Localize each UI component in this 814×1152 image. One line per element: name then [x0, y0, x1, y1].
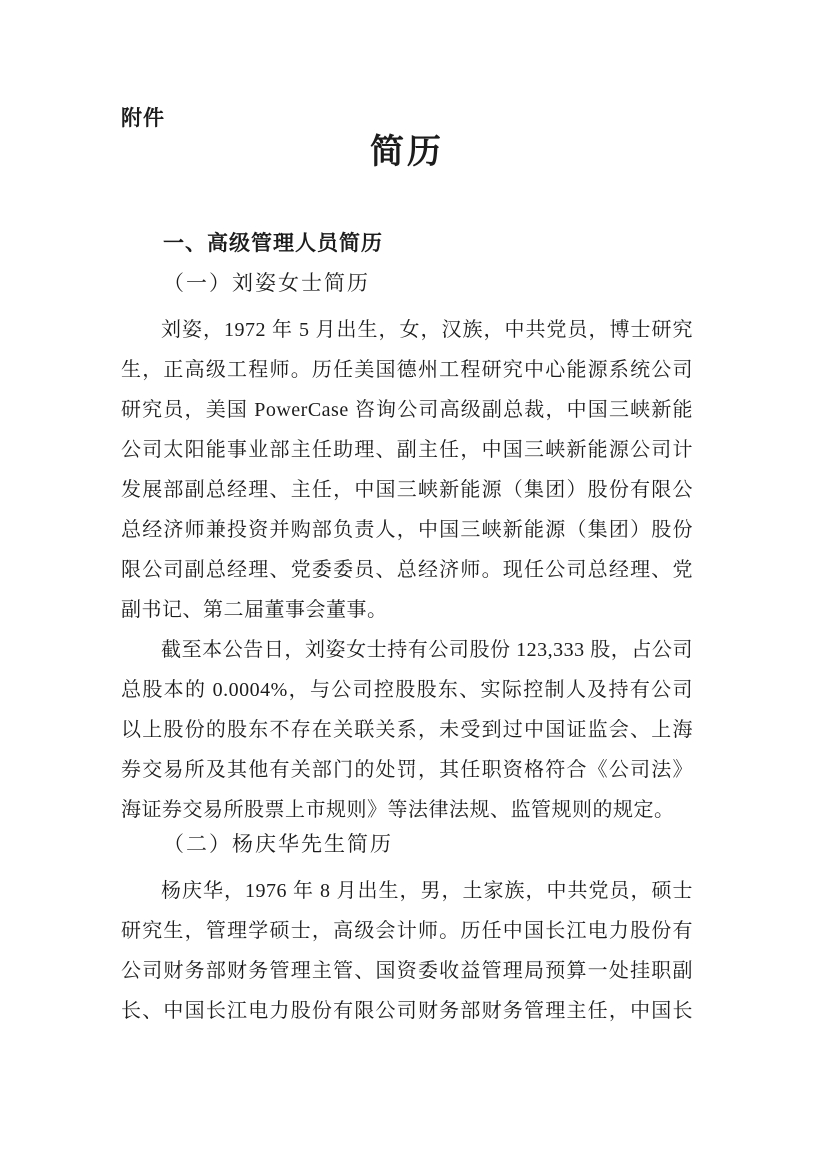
paragraph-line: 研究生，管理学硕士，高级会计师。历任中国长江电力股份有限	[121, 911, 693, 951]
paragraph-line: 以上股份的股东不存在关联关系，未受到过中国证监会、上海证	[121, 710, 693, 750]
paragraph-line: 长、中国长江电力股份有限公司财务部财务管理主任，中国长江	[121, 991, 693, 1031]
paragraph-line: 公司财务部财务管理主管、国资委收益管理局预算一处挂职副处	[121, 951, 693, 991]
paragraph-line: 总股本的 0.0004%，与公司控股股东、实际控制人及持有公司 5%	[121, 670, 693, 710]
paragraph-line: 海证券交易所股票上市规则》等法律法规、监管规则的规定。	[121, 790, 693, 830]
paragraph-line: 研究员，美国 PowerCase 咨询公司高级副总裁，中国三峡新能源	[121, 390, 693, 430]
paragraph-line: 公司太阳能事业部主任助理、副主任，中国三峡新能源公司计划	[121, 430, 693, 470]
document-title: 简历	[121, 132, 693, 174]
paragraph-line: 发展部副总经理、主任，中国三峡新能源（集团）股份有限公司	[121, 470, 693, 510]
paragraph-line: 券交易所及其他有关部门的处罚，其任职资格符合《公司法》《上	[121, 750, 693, 790]
paragraph-line: 总经济师兼投资并购部负责人，中国三峡新能源（集团）股份有	[121, 510, 693, 550]
paragraph-yang-qinghua-bio: 杨庆华，1976 年 8 月出生，男，土家族，中共党员，硕士 研究生，管理学硕士…	[121, 871, 693, 1031]
paragraph-line: 杨庆华，1976 年 8 月出生，男，土家族，中共党员，硕士	[121, 871, 693, 911]
document-body: 一、高级管理人员简历 （一）刘姿女士简历 刘姿，1972 年 5 月出生，女，汉…	[121, 230, 693, 1031]
attachment-label: 附件	[121, 106, 165, 132]
paragraph-line: 副书记、第二届董事会董事。	[121, 590, 693, 630]
subsection-heading-liu-zi: （一）刘姿女士简历	[121, 269, 693, 297]
paragraph-line: 限公司副总经理、党委委员、总经济师。现任公司总经理、党委	[121, 550, 693, 590]
section-heading-senior-management: 一、高级管理人员简历	[121, 230, 693, 258]
document-page: 附件 简历 一、高级管理人员简历 （一）刘姿女士简历 刘姿，1972 年 5 月…	[0, 0, 814, 1152]
paragraph-liu-zi-bio: 刘姿，1972 年 5 月出生，女，汉族，中共党员，博士研究 生，正高级工程师。…	[121, 310, 693, 630]
paragraph-liu-zi-shareholding: 截至本公告日，刘姿女士持有公司股份 123,333 股，占公司 总股本的 0.0…	[121, 630, 693, 830]
paragraph-line: 截至本公告日，刘姿女士持有公司股份 123,333 股，占公司	[121, 630, 693, 670]
subsection-heading-yang-qinghua: （二）杨庆华先生简历	[121, 830, 693, 858]
paragraph-line: 生，正高级工程师。历任美国德州工程研究中心能源系统公司副	[121, 350, 693, 390]
paragraph-line: 刘姿，1972 年 5 月出生，女，汉族，中共党员，博士研究	[121, 310, 693, 350]
